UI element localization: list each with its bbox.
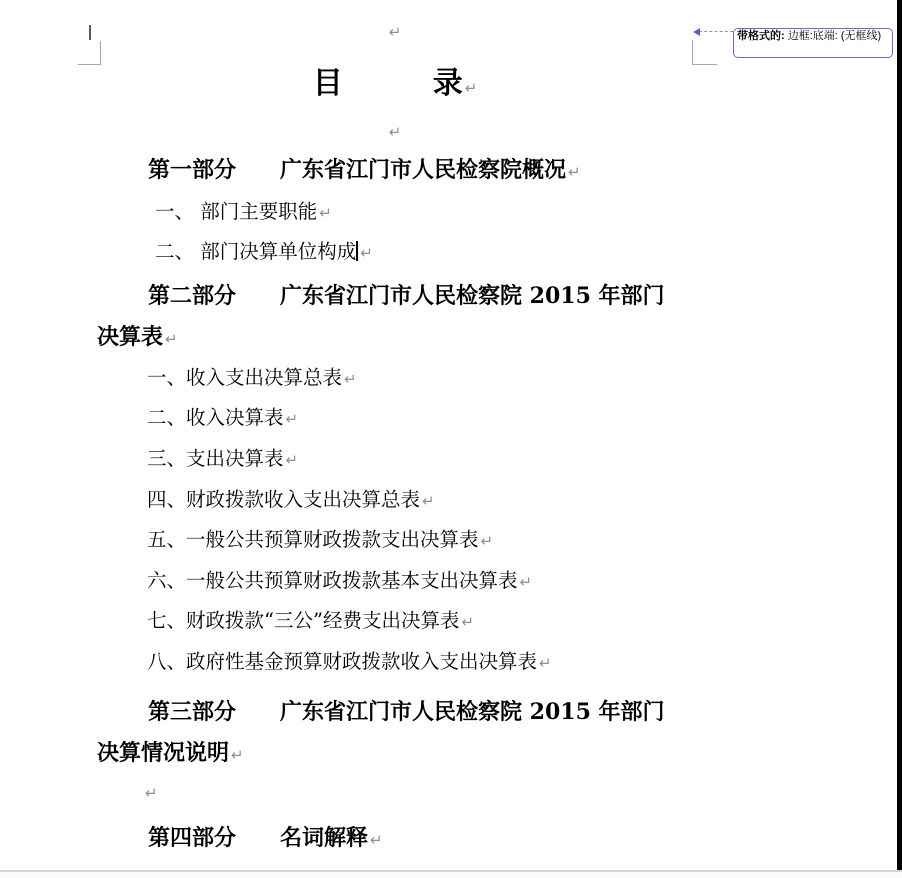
toc-item-text: 五、一般公共预算财政拨款支出决算表 [147, 528, 479, 551]
formatting-change-callout[interactable]: 带格式的: 边框:底端: (无框线) [733, 28, 893, 58]
toc-title-text: 目 录 [313, 66, 463, 101]
heading-part2-line1[interactable]: 第二部分 广东省江门市人民检察院 2015 年部门 [148, 284, 665, 310]
paragraph-mark: ↵ [342, 370, 357, 388]
paragraph-mark: ↵ [284, 451, 299, 469]
paragraph-mark: ↵ [537, 654, 552, 672]
crop-mark-top-left-vertical [100, 41, 101, 65]
paragraph-mark: ↵ [368, 831, 383, 849]
crop-mark-top-right-horizontal [692, 64, 717, 65]
toc-item-part2-2[interactable]: 二、收入决算表↵ [147, 406, 298, 429]
heading-part3-text2: 决算情况说明 [97, 740, 229, 766]
toc-item-part2-5[interactable]: 五、一般公共预算财政拨款支出决算表↵ [147, 528, 493, 551]
toc-item-part2-4[interactable]: 四、财政拨款收入支出决算总表↵ [147, 488, 435, 511]
page-bottom-margin-area [0, 872, 902, 878]
toc-item-text: 七、财政拨款“三公”经费支出决算表 [147, 609, 459, 632]
heading-part2-line2[interactable]: 决算表↵ [97, 325, 178, 351]
crop-mark-top-right-vertical [692, 40, 693, 64]
heading-part3-text1: 第三部分 广东省江门市人民检察院 2015 年部门 [148, 699, 665, 725]
heading-part1-text: 第一部分 广东省江门市人民检察院概况 [148, 157, 566, 183]
empty-paragraph-mark: ↵ [97, 124, 693, 142]
callout-label: 带格式的: [737, 30, 785, 42]
heading-part2-text1: 第二部分 广东省江门市人民检察院 2015 年部门 [148, 283, 665, 309]
callout-connector-line [699, 31, 733, 32]
toc-item-text: 一、 部门主要职能 [155, 200, 317, 223]
paragraph-mark: ↵ [463, 79, 478, 97]
paragraph-mark: ↵ [459, 613, 474, 631]
toc-item-text: 六、一般公共预算财政拨款基本支出决算表 [147, 569, 518, 592]
toc-item-text: 八、政府性基金预算财政拨款收入支出决算表 [147, 650, 537, 673]
paragraph-mark: ↵ [229, 746, 244, 764]
toc-item-text: 一、收入支出决算总表 [147, 366, 342, 389]
heading-part4[interactable]: 第四部分 名词解释↵ [148, 826, 383, 852]
heading-part4-text: 第四部分 名词解释 [148, 825, 368, 851]
callout-text: 边框:底端: (无框线) [785, 30, 882, 42]
paragraph-mark: ↵ [566, 163, 581, 181]
heading-part3-line2[interactable]: 决算情况说明↵ [97, 741, 244, 767]
paragraph-mark: ↵ [518, 573, 533, 591]
paragraph-mark: ↵ [317, 204, 332, 222]
paragraph-mark: ↵ [163, 330, 178, 348]
toc-item-part1-2[interactable]: 二、 部门决算单位构成↵ [155, 240, 373, 263]
paragraph-mark: ↵ [420, 492, 435, 510]
toc-item-text: 四、财政拨款收入支出决算总表 [147, 488, 420, 511]
crop-mark-top-left-horizontal [78, 64, 101, 65]
toc-item-part1-1[interactable]: 一、 部门主要职能↵ [155, 200, 332, 223]
toc-item-part2-3[interactable]: 三、支出决算表↵ [147, 447, 298, 470]
toc-item-part2-8[interactable]: 八、政府性基金预算财政拨款收入支出决算表↵ [147, 650, 552, 673]
page-right-edge [897, 0, 902, 871]
paragraph-mark: ↵ [358, 244, 373, 262]
word-document-page: 带格式的: 边框:底端: (无框线) ↵ 目 录↵ ↵ 第一部分 广东省江门市人… [0, 0, 902, 878]
toc-item-part2-6[interactable]: 六、一般公共预算财政拨款基本支出决算表↵ [147, 569, 532, 592]
empty-paragraph-mark: ↵ [97, 24, 693, 42]
toc-item-part2-7[interactable]: 七、财政拨款“三公”经费支出决算表↵ [147, 609, 474, 632]
toc-item-text: 三、支出决算表 [147, 447, 284, 470]
tracked-change-bar [89, 25, 91, 40]
toc-title[interactable]: 目 录↵ [97, 66, 693, 101]
toc-item-part2-1[interactable]: 一、收入支出决算总表↵ [147, 366, 357, 389]
heading-part2-text2: 决算表 [97, 324, 163, 350]
paragraph-mark: ↵ [479, 532, 494, 550]
empty-paragraph-mark: ↵ [145, 785, 158, 803]
paragraph-mark: ↵ [284, 410, 299, 428]
toc-item-text: 二、 部门决算单位构成 [155, 240, 356, 263]
toc-item-text: 二、收入决算表 [147, 406, 284, 429]
callout-connector-arrow-icon [693, 28, 700, 36]
heading-part1[interactable]: 第一部分 广东省江门市人民检察院概况↵ [148, 158, 581, 184]
heading-part3-line1[interactable]: 第三部分 广东省江门市人民检察院 2015 年部门 [148, 700, 665, 726]
